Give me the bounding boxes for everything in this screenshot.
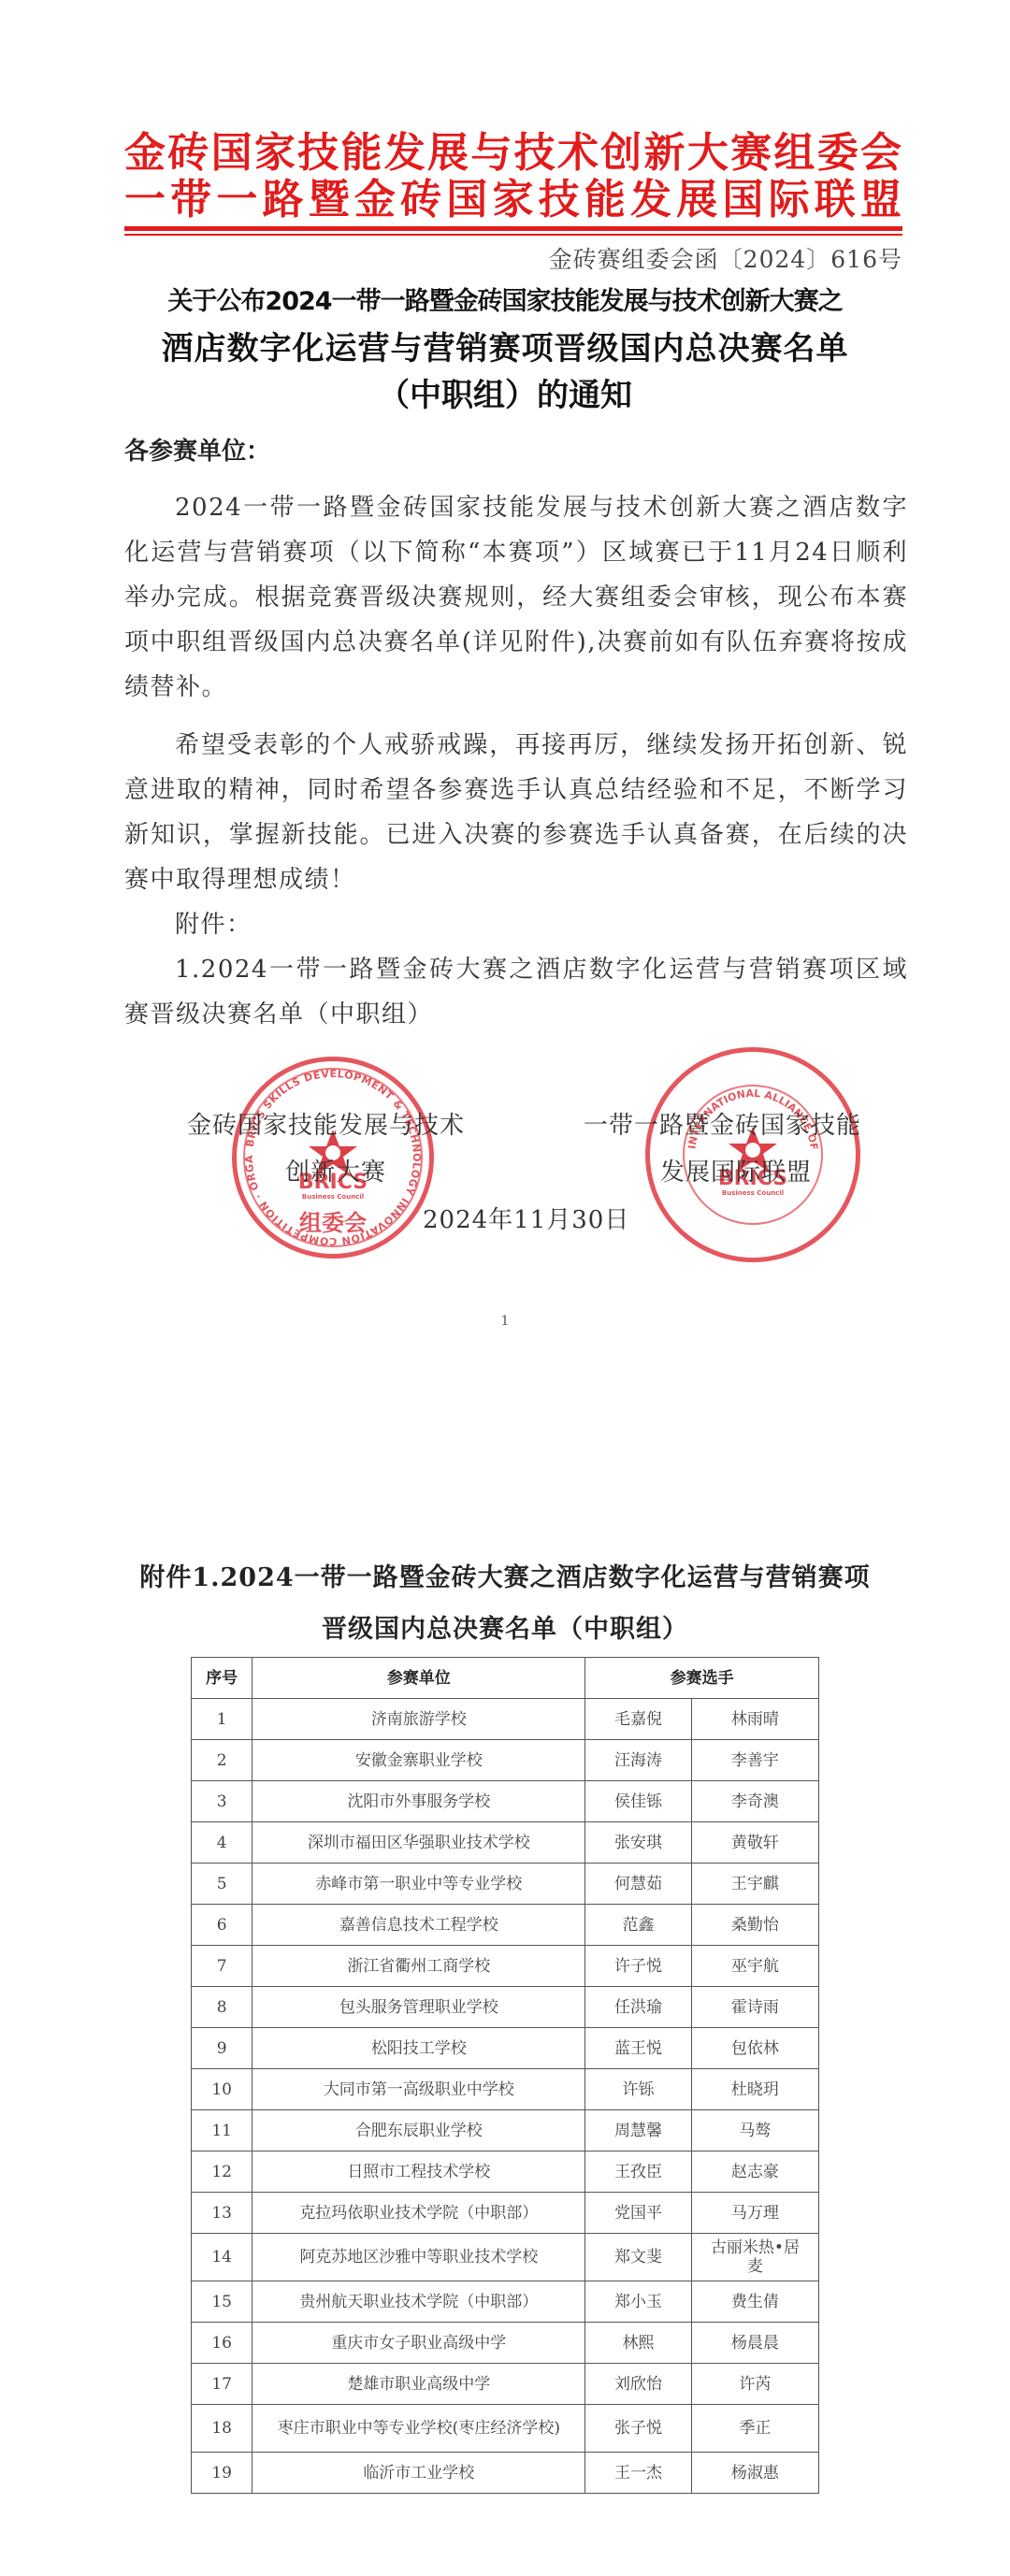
cell-unit: 赤峰市第一职业中等专业学校	[252, 1864, 585, 1905]
cell-unit: 松阳技工学校	[252, 2028, 585, 2069]
cell-player-2: 杜晓玥	[691, 2069, 818, 2110]
cell-unit: 克拉玛依职业技术学院（中职部）	[252, 2193, 585, 2234]
cell-unit: 楚雄市职业高级中学	[252, 2364, 585, 2405]
cell-player-2: 巫宇航	[691, 1946, 818, 1987]
cell-no: 1	[192, 1699, 252, 1740]
notice-title-line-1: 关于公布2024一带一路暨金砖国家技能发展与技术创新大赛之	[112, 281, 898, 317]
header-unit: 参赛单位	[252, 1658, 585, 1699]
cell-player-1: 林熙	[585, 2323, 691, 2364]
cell-player-1: 何慧茹	[585, 1864, 691, 1905]
table-row: 14阿克苏地区沙雅中等职业技术学校郑文斐古丽米热•居麦	[192, 2234, 819, 2281]
cell-no: 19	[192, 2453, 252, 2494]
table-row: 12日照市工程技术学校王孜臣赵志豪	[192, 2151, 819, 2193]
header-no: 序号	[192, 1658, 252, 1699]
cell-player-2: 季正	[691, 2405, 818, 2453]
attachment-item: 1.2024一带一路暨金砖大赛之酒店数字化运营与营销赛项区域赛晋级决赛名单（中职…	[124, 947, 908, 1037]
table-row: 3沈阳市外事服务学校侯佳铄李奇澳	[192, 1781, 819, 1822]
cell-no: 16	[192, 2323, 252, 2364]
cell-no: 5	[192, 1864, 252, 1905]
cell-player-2: 马万理	[691, 2193, 818, 2234]
letterhead-line-2: 一带一路暨金砖国家技能发展国际联盟	[124, 178, 902, 223]
cell-unit: 包头服务管理职业学校	[252, 1987, 585, 2028]
letterhead-rule-thin	[124, 234, 902, 236]
cell-player-1: 刘欣怡	[585, 2364, 691, 2405]
cell-no: 15	[192, 2281, 252, 2323]
cell-player-2: 李奇澳	[691, 1781, 818, 1822]
cell-player-2: 林雨晴	[691, 1699, 818, 1740]
cell-player-1: 许铄	[585, 2069, 691, 2110]
cell-unit: 枣庄市职业中等专业学校(枣庄经济学校)	[252, 2405, 585, 2453]
table-row: 9松阳技工学校蓝王悦包依林	[192, 2028, 819, 2069]
cell-no: 14	[192, 2234, 252, 2281]
cell-no: 10	[192, 2069, 252, 2110]
cell-player-1: 侯佳铄	[585, 1781, 691, 1822]
body-paragraph-2: 希望受表彰的个人戒骄戒躁，再接再厉，继续发扬开拓创新、锐意进取的精神，同时希望各…	[124, 723, 908, 902]
header-players: 参赛选手	[585, 1658, 819, 1699]
table-row: 18枣庄市职业中等专业学校(枣庄经济学校)张子悦季正	[192, 2405, 819, 2453]
table-row: 15贵州航天职业技术学院（中职部）郑小玉费生倩	[192, 2281, 819, 2323]
body-paragraph-1: 2024一带一路暨金砖国家技能发展与技术创新大赛之酒店数字化运营与营销赛项（以下…	[124, 485, 908, 710]
table-row: 5赤峰市第一职业中等专业学校何慧茹王宇麒	[192, 1864, 819, 1905]
table-row: 8包头服务管理职业学校任洪瑜霍诗雨	[192, 1987, 819, 2028]
table-row: 13克拉玛依职业技术学院（中职部）党国平马万理	[192, 2193, 819, 2234]
cell-unit: 贵州航天职业技术学院（中职部）	[252, 2281, 585, 2323]
cell-no: 13	[192, 2193, 252, 2234]
cell-player-1: 张安琪	[585, 1822, 691, 1864]
cell-no: 8	[192, 1987, 252, 2028]
cell-player-2: 古丽米热•居麦	[691, 2234, 818, 2281]
cell-player-1: 许子悦	[585, 1946, 691, 1987]
finalist-table: 序号 参赛单位 参赛选手 1济南旅游学校毛嘉倪林雨晴2安徽金寨职业学校汪海涛李善…	[191, 1657, 819, 2494]
cell-player-1: 汪海涛	[585, 1740, 691, 1781]
seal-sub-text: Business Council	[645, 1189, 860, 1197]
table-row: 11合肥东辰职业学校周慧馨马骜	[192, 2110, 819, 2151]
notice-title-line-2: 酒店数字化运营与营销赛项晋级国内总决赛名单	[112, 323, 898, 368]
cell-no: 3	[192, 1781, 252, 1822]
cell-player-1: 王孜臣	[585, 2151, 691, 2193]
letterhead-rule-thick	[124, 226, 902, 231]
cell-unit: 日照市工程技术学校	[252, 2151, 585, 2193]
table-row: 2安徽金寨职业学校汪海涛李善宇	[192, 1740, 819, 1781]
table-row: 10大同市第一高级职业中学校许铄杜晓玥	[192, 2069, 819, 2110]
signature-right-line-2: 发展国际联盟	[660, 1153, 812, 1187]
cell-player-1: 任洪瑜	[585, 1987, 691, 2028]
notice-title-line-3: （中职组）的通知	[112, 369, 898, 415]
cell-player-2: 费生倩	[691, 2281, 818, 2323]
cell-no: 4	[192, 1822, 252, 1864]
cell-player-1: 郑文斐	[585, 2234, 691, 2281]
cell-player-1: 王一杰	[585, 2453, 691, 2494]
attachment-title-line-2: 晋级国内总决赛名单（中职组）	[112, 1608, 898, 1645]
cell-unit: 大同市第一高级职业中学校	[252, 2069, 585, 2110]
cell-no: 12	[192, 2151, 252, 2193]
cell-no: 17	[192, 2364, 252, 2405]
cell-player-2: 李善宇	[691, 1740, 818, 1781]
table-row: 4深圳市福田区华强职业技术学校张安琪黄敬轩	[192, 1822, 819, 1864]
signature-right-line-1: 一带一路暨金砖国家技能	[584, 1106, 861, 1141]
cell-player-2: 包依林	[691, 2028, 818, 2069]
cell-unit: 重庆市女子职业高级中学	[252, 2323, 585, 2364]
cell-unit: 济南旅游学校	[252, 1699, 585, 1740]
table-row: 1济南旅游学校毛嘉倪林雨晴	[192, 1699, 819, 1740]
cell-player-2: 霍诗雨	[691, 1987, 818, 2028]
cell-player-2: 杨淑惠	[691, 2453, 818, 2494]
cell-unit: 临沂市工业学校	[252, 2453, 585, 2494]
cell-no: 2	[192, 1740, 252, 1781]
table-row: 19临沂市工业学校王一杰杨淑惠	[192, 2453, 819, 2494]
cell-player-2: 王宇麒	[691, 1864, 818, 1905]
cell-no: 6	[192, 1905, 252, 1946]
cell-unit: 深圳市福田区华强职业技术学校	[252, 1822, 585, 1864]
cell-player-1: 范鑫	[585, 1905, 691, 1946]
cell-unit: 阿克苏地区沙雅中等职业技术学校	[252, 2234, 585, 2281]
cell-player-2: 杨晨晨	[691, 2323, 818, 2364]
cell-unit: 浙江省衢州工商学校	[252, 1946, 585, 1987]
cell-player-2: 桑勤怡	[691, 1905, 818, 1946]
seal-bottom-text: 组委会	[232, 1204, 434, 1237]
table-body: 1济南旅游学校毛嘉倪林雨晴2安徽金寨职业学校汪海涛李善宇3沈阳市外事服务学校侯佳…	[192, 1699, 819, 2494]
page-number: 1	[0, 1314, 1010, 1329]
seal-sub-text: Business Council	[232, 1193, 434, 1201]
cell-no: 18	[192, 2405, 252, 2453]
cell-unit: 安徽金寨职业学校	[252, 1740, 585, 1781]
cell-unit: 嘉善信息技术工程学校	[252, 1905, 585, 1946]
cell-player-1: 周慧馨	[585, 2110, 691, 2151]
cell-player-1: 蓝王悦	[585, 2028, 691, 2069]
table-row: 16重庆市女子职业高级中学林熙杨晨晨	[192, 2323, 819, 2364]
cell-no: 11	[192, 2110, 252, 2151]
signature-date: 2024年11月30日	[423, 1201, 629, 1235]
cell-player-2: 许芮	[691, 2364, 818, 2405]
cell-player-2: 赵志豪	[691, 2151, 818, 2193]
table-row: 17楚雄市职业高级中学刘欣怡许芮	[192, 2364, 819, 2405]
cell-player-1: 毛嘉倪	[585, 1699, 691, 1740]
cell-player-1: 党国平	[585, 2193, 691, 2234]
signature-left-line-1: 金砖国家技能发展与技术	[187, 1106, 465, 1141]
table-row: 7浙江省衢州工商学校许子悦巫宇航	[192, 1946, 819, 1987]
cell-player-2: 马骜	[691, 2110, 818, 2151]
attachment-label: 附件：	[124, 902, 908, 947]
cell-player-1: 张子悦	[585, 2405, 691, 2453]
table-header-row: 序号 参赛单位 参赛选手	[192, 1658, 819, 1699]
attachment-title-line-1: 附件1.2024一带一路暨金砖大赛之酒店数字化运营与营销赛项	[112, 1557, 898, 1593]
cell-unit: 合肥东辰职业学校	[252, 2110, 585, 2151]
salutation: 各参赛单位：	[124, 432, 270, 467]
cell-player-2: 黄敬轩	[691, 1822, 818, 1864]
signature-left-line-2: 创新大赛	[285, 1153, 386, 1187]
cell-player-1: 郑小玉	[585, 2281, 691, 2323]
document-number: 金砖赛组委会函〔2024〕616号	[549, 241, 902, 275]
cell-unit: 沈阳市外事服务学校	[252, 1781, 585, 1822]
letterhead-line-1: 金砖国家技能发展与技术创新大赛组委会	[124, 131, 902, 176]
table-row: 6嘉善信息技术工程学校范鑫桑勤怡	[192, 1905, 819, 1946]
cell-no: 9	[192, 2028, 252, 2069]
cell-no: 7	[192, 1946, 252, 1987]
